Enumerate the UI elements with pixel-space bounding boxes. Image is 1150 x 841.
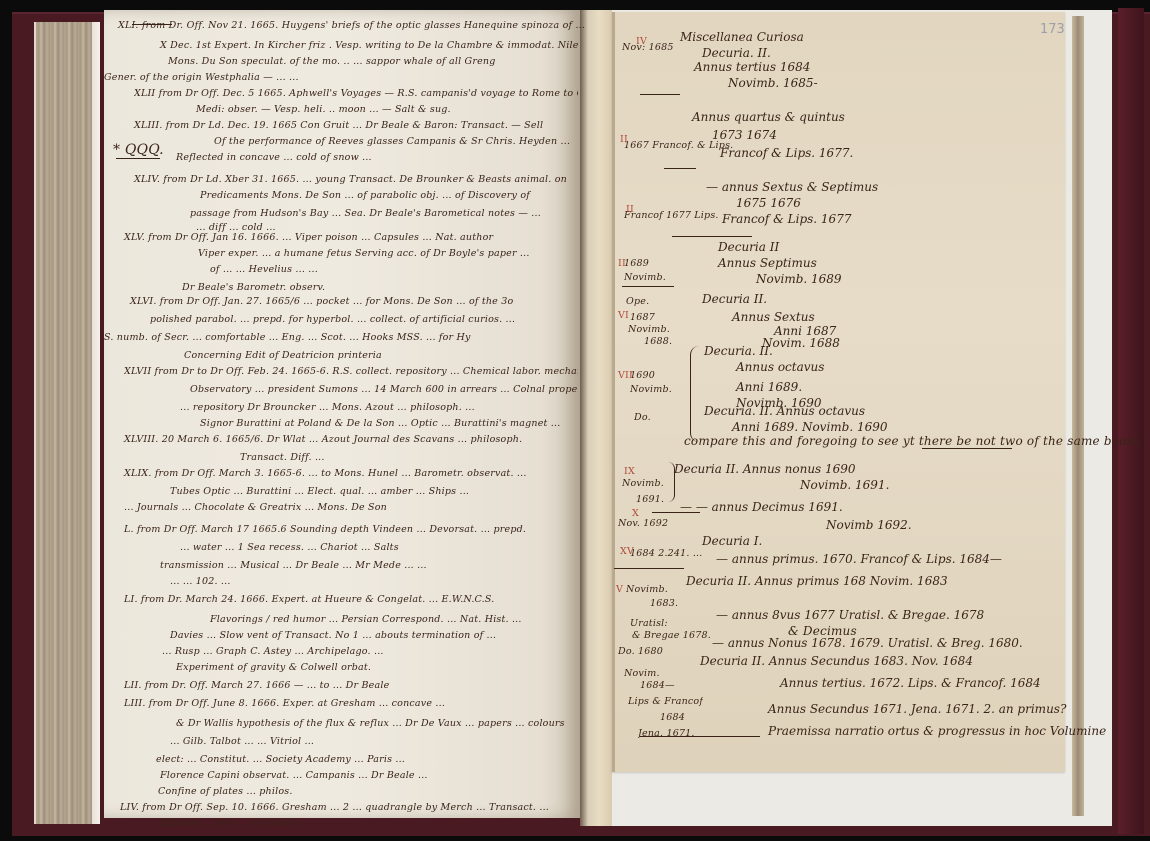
manuscript-line: Predicaments Mons. De Son ... of parabol… — [200, 190, 530, 201]
manuscript-line: XLIII. from Dr Ld. Dec. 19. 1665 Con Gru… — [134, 120, 543, 131]
manuscript-line: Dr Beale's Barometr. observ. — [182, 282, 325, 293]
catalogue-entry: — annus primus. 1670. Francof & Lips. 16… — [716, 552, 1002, 566]
manuscript-line: LIII. from Dr Off. June 8. 1666. Exper. … — [124, 698, 445, 709]
red-numeral-annotation: V — [616, 584, 623, 595]
catalogue-entry: Novimb. 1685- — [728, 76, 818, 90]
red-numeral-annotation: II — [626, 204, 634, 215]
manuscript-line: XLII from Dr Off. Dec. 5 1665. Aphwell's… — [134, 88, 578, 99]
red-numeral-annotation: IV — [636, 36, 647, 47]
folio-number: 173 — [1040, 22, 1065, 37]
brace-mark — [668, 462, 675, 502]
manuscript-line: polished parabol. ... prepd. for hyperbo… — [150, 314, 515, 325]
manuscript-line: Florence Capini observat. ... Campanis .… — [160, 770, 428, 781]
manuscript-line: XLIX. from Dr Off. March 3. 1665-6. ... … — [124, 468, 527, 479]
manuscript-line: ... repository Dr Brouncker ... Mons. Az… — [180, 402, 475, 413]
red-numeral-annotation: IX — [624, 466, 635, 477]
catalogue-entry: Decuria. II. Annus octavus — [704, 404, 865, 418]
manuscript-line: Medi: obser. — Vesp. heli. .. moon ... —… — [196, 104, 451, 115]
catalogue-entry: Annus Secundus 1671. Jena. 1671. 2. an p… — [768, 702, 1066, 716]
manuscript-line: Of the performance of Reeves glasses Cam… — [214, 136, 570, 147]
catalogue-entry: Annus octavus — [736, 360, 824, 374]
manuscript-line: L. from Dr Off. March 17 1665.6 Sounding… — [124, 524, 526, 535]
margin-note: Uratisl: — [630, 618, 668, 629]
catalogue-entry: Decuria II. Annus primus 168 Novim. 1683 — [686, 574, 948, 588]
margin-note: Ope. — [626, 296, 649, 307]
margin-note: 1688. — [644, 336, 672, 347]
manuscript-line: ... Journals ... Chocolate & Greatrix ..… — [124, 502, 387, 513]
manuscript-line: LII. from Dr. Off. March 27. 1666 — ... … — [124, 680, 389, 691]
catalogue-entry: Praemissa narratio ortus & progressus in… — [768, 724, 1106, 738]
margin-note: 1684— — [640, 680, 675, 691]
manuscript-line: Flavorings / red humor ... Persian Corre… — [210, 614, 522, 625]
manuscript-line: XLIV. from Dr Ld. Xber 31. 1665. ... you… — [134, 174, 567, 185]
red-numeral-annotation: XV — [620, 546, 634, 557]
catalogue-entry: Anni 1689. Novimb. 1690 — [732, 420, 888, 434]
separator-rule — [640, 94, 680, 95]
catalogue-entry: Novimb 1692. — [826, 518, 912, 532]
red-numeral-annotation: X — [632, 508, 639, 519]
book-cover-right-edge — [1118, 8, 1144, 834]
separator-rule — [664, 168, 696, 169]
catalogue-entry: — annus 8vus 1677 Uratisl. & Bregae. 167… — [716, 608, 984, 622]
margin-note: Lips & Francof — [628, 696, 703, 707]
manuscript-line: XLV. from Dr Off. Jan 16. 1666. ... Vipe… — [124, 232, 493, 243]
margin-note: 1684 2.241. ... — [630, 548, 703, 559]
separator-rule — [672, 236, 752, 237]
margin-note: 1667 Francof. & Lips. — [624, 140, 733, 151]
manuscript-line: XLVII from Dr to Dr Off. Feb. 24. 1665-6… — [124, 366, 578, 377]
margin-note: Novimb. — [628, 324, 670, 335]
catalogue-entry: Decuria II — [718, 240, 779, 254]
manuscript-line: Reflected in concave ... cold of snow ..… — [176, 152, 372, 163]
margin-note: Novim. — [624, 668, 660, 679]
catalogue-entry: Annus quartus & quintus — [692, 110, 845, 124]
manuscript-line: LIV. from Dr Off. Sep. 10. 1666. Gresham… — [120, 802, 549, 813]
manuscript-line: Experiment of gravity & Colwell orbat. — [176, 662, 371, 673]
manuscript-line: ... Rusp ... Graph C. Astey ... Archipel… — [162, 646, 384, 657]
margin-note: 1683. — [650, 598, 678, 609]
catalogue-entry: Novimb. 1689 — [756, 272, 842, 286]
catalogue-entry: Annus tertius. 1672. Lips. & Francof. 16… — [780, 676, 1041, 690]
catalogue-entry: Decuria. II. — [704, 344, 773, 358]
manuscript-line: Tallestry ... fire ... St Faith's — [158, 818, 299, 829]
manuscript-line: XLVIII. 20 March 6. 1665/6. Dr Wlat ... … — [124, 434, 522, 445]
manuscript-line: Davies ... Slow vent of Transact. No 1 .… — [170, 630, 496, 641]
margin-note: Francof 1677 Lips. — [624, 210, 719, 221]
margin-note: 1687 — [630, 312, 655, 323]
manuscript-line: Signor Burattini at Poland & De la Son .… — [200, 418, 560, 429]
manuscript-line: transmission ... Musical ... Dr Beale ..… — [160, 560, 427, 571]
manuscript-line: Gener. of the origin Westphalia — ... ..… — [104, 72, 299, 83]
page-block-edges — [34, 22, 92, 824]
brace-mark — [690, 346, 699, 442]
catalogue-entry: Annus Sextus — [732, 310, 815, 324]
manuscript-line: Observatory ... president Sumons ... 14 … — [190, 384, 578, 395]
margin-note: Nov. 1692 — [618, 518, 668, 529]
red-numeral-annotation: VI — [618, 310, 629, 321]
margin-note: 1690 — [630, 370, 655, 381]
catalogue-entry: compare this and foregoing to see yt the… — [684, 434, 1140, 448]
book-gutter — [580, 10, 612, 826]
catalogue-entry: Novimb. 1691. — [800, 478, 889, 492]
underline-rule — [640, 736, 760, 737]
manuscript-line: of ... ... Hevelius ... ... — [210, 264, 318, 275]
catalogue-entry: Annus tertius 1684 — [694, 60, 810, 74]
catalogue-entry: Novim. 1688 — [762, 336, 840, 350]
catalogue-entry: Decuria II. — [702, 292, 767, 306]
catalogue-entry: Decuria II. Annus Secundus 1683. Nov. 16… — [700, 654, 973, 668]
red-numeral-annotation: II — [618, 258, 626, 269]
catalogue-entry: — annus Nonus 1678. 1679. Uratisl. & Bre… — [712, 636, 1023, 650]
left-manuscript-page — [104, 10, 580, 818]
separator-rule — [622, 286, 674, 287]
margin-note: Jena. 1671. — [638, 728, 695, 739]
manuscript-line: & Dr Wallis hypothesis of the flux & ref… — [176, 718, 565, 729]
red-numeral-annotation: II — [620, 134, 628, 145]
manuscript-line: S. numb. of Secr. ... comfortable ... En… — [104, 332, 471, 343]
manuscript-line: Mons. Du Son speculat. of the mo. .. ...… — [168, 56, 496, 67]
manuscript-line: ... Gilb. Talbot ... ... Vitriol ... — [170, 736, 314, 747]
margin-note: Do. 1680 — [618, 646, 663, 657]
manuscript-line: passage from Hudson's Bay ... Sea. Dr Be… — [190, 208, 541, 219]
catalogue-entry: — annus Sextus & Septimus — [706, 180, 878, 194]
manuscript-line: Transact. Diff. ... — [240, 452, 325, 463]
right-page-edge-strip — [1072, 16, 1084, 816]
catalogue-entry: Decuria II. Annus nonus 1690 — [674, 462, 856, 476]
catalogue-entry: Decuria I. — [702, 534, 762, 548]
manuscript-line: XLI. from Dr. Off. Nov 21. 1665. Huygens… — [118, 20, 585, 31]
manuscript-line: elect: ... Constitut. ... Society Academ… — [156, 754, 405, 765]
underline-rule — [922, 448, 1012, 449]
catalogue-entry: Anni 1689. — [736, 380, 802, 394]
catalogue-entry: Decuria. II. — [702, 46, 771, 60]
catalogue-entry: — — annus Decimus 1691. — [680, 500, 843, 514]
manuscript-line: Tubes Optic ... Burattini ... Elect. qua… — [170, 486, 469, 497]
margin-note: Novimb. — [626, 584, 668, 595]
red-numeral-annotation: VII — [618, 370, 633, 381]
underline-rule — [116, 158, 160, 159]
margin-note: Novimb. — [624, 272, 666, 283]
manuscript-line: LI. from Dr. March 24. 1666. Expert. at … — [124, 594, 494, 605]
margin-note: 1684 — [660, 712, 685, 723]
margin-note: Nov: 1685 — [622, 42, 674, 53]
manuscript-line: XLVI. from Dr Off. Jan. 27. 1665/6 ... p… — [130, 296, 513, 307]
margin-note: Novimb. — [630, 384, 672, 395]
manuscript-line: * QQQ. — [113, 142, 164, 158]
manuscript-line: ... ... 102. ... — [170, 576, 231, 587]
separator-rule — [652, 512, 700, 513]
manuscript-line: Confine of plates ... philos. — [158, 786, 293, 797]
margin-note: 1689 — [624, 258, 649, 269]
margin-note: 1691. — [636, 494, 664, 505]
margin-note: Do. — [634, 412, 651, 423]
catalogue-entry: 1675 1676 — [736, 196, 801, 210]
catalogue-entry: Annus Septimus — [718, 256, 817, 270]
margin-note: & Bregae 1678. — [632, 630, 711, 641]
catalogue-entry: Francof & Lips. 1677 — [722, 212, 851, 226]
manuscript-line: ... water ... 1 Sea recess. ... Chariot … — [180, 542, 399, 553]
manuscript-line: Concerning Edit of Deatricion printeria — [184, 350, 382, 361]
separator-rule — [614, 568, 684, 569]
margin-note: Novimb. — [622, 478, 664, 489]
manuscript-line: X Dec. 1st Expert. In Kircher friz . Ves… — [160, 40, 579, 51]
underline-rule — [132, 24, 172, 25]
manuscript-line: Viper exper. ... a humane fetus Serving … — [198, 248, 530, 259]
catalogue-entry: Miscellanea Curiosa — [680, 30, 804, 44]
catalogue-entry: Francof & Lips. 1677. — [720, 146, 853, 160]
